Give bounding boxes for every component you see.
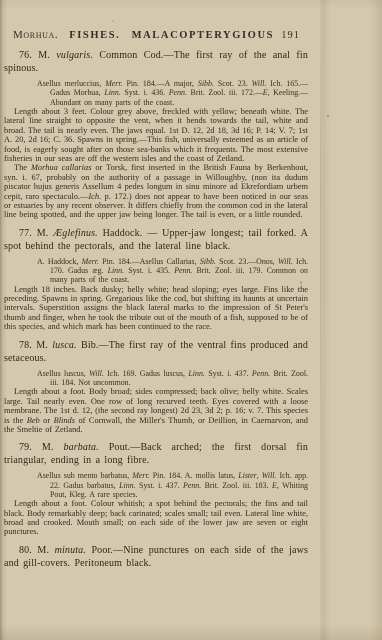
book-page: Morhua. FISHES. MALACOPTERYGIOUS 191 76.… [0,0,382,640]
running-head-section: Morhua. [13,29,58,42]
entry-77-paragraph-1: Length 18 inches. Back dusky; belly whit… [4,285,308,332]
entry-76-paragraph-2: The Morhua callarias or Torsk, first ins… [4,163,308,219]
entry-79-paragraph-1: Length about a foot. Colour whitish; a s… [4,499,308,537]
entry-79-citation: Asellus sub mento barbatus, Merr. Pin. 1… [4,471,308,499]
entry-76-heading: 76. M. vulgaris. Common Cod.—The first r… [4,49,308,75]
entry-77-heading: 77. M. Æglefinus. Haddock. — Upper-jaw l… [4,227,308,253]
entries: 76. M. vulgaris. Common Cod.—The first r… [4,49,308,570]
page-crease [320,0,321,640]
paper-speck [112,20,114,22]
entry-76-paragraph-1: Length about 3 feet. Colour grey above, … [4,107,308,163]
entry-78-heading: 78. M. lusca. Bib.—The first ray of the … [4,339,308,365]
text-column: Morhua. FISHES. MALACOPTERYGIOUS 191 76.… [4,29,308,570]
paper-speck [327,115,329,117]
entry-78-citation: Asellus luscus, Will. Ich. 169. Gadus lu… [4,369,308,388]
running-head: Morhua. FISHES. MALACOPTERYGIOUS 191 [4,29,308,42]
page-number: 191 [281,29,300,42]
entry-79-heading: 79. M. barbata. Pout.—Back arched; the f… [4,441,308,467]
entry-76-citation: Asellus merluccius, Merr. Pin. 184.—A ma… [4,79,308,107]
entry-78-paragraph-1: Length about a foot. Body broad; sides c… [4,387,308,434]
entry-77-citation: A. Haddock, Merr. Pin. 184.—Asellus Call… [4,257,308,285]
entry-80-heading: 80. M. minuta. Poor.—Nine punctures on e… [4,544,308,570]
running-head-title: FISHES. MALACOPTERYGIOUS [69,29,274,42]
